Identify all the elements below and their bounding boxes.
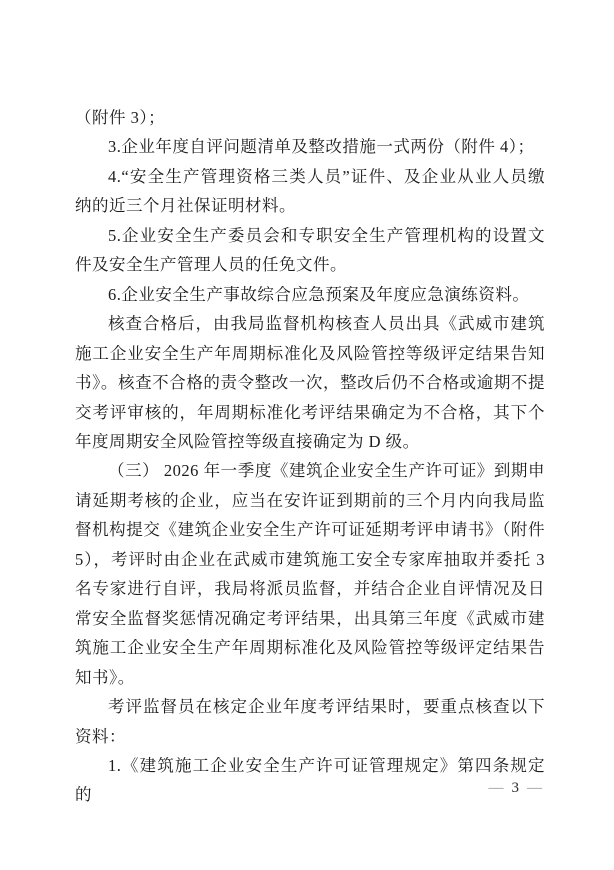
paragraph-supervisor-review: 考评监督员在核定企业年度考评结果时，要重点核查以下资料：: [75, 692, 545, 751]
paragraph-item-5: 5.企业安全生产委员会和专职安全生产管理机构的设置文件及安全生产管理人员的任免文…: [75, 221, 545, 280]
document-body: （附件 3）； 3.企业年度自评问题清单及整改措施一式两份（附件 4）； 4.“…: [75, 103, 545, 810]
paragraph-item-6: 6.企业安全生产事故综合应急预案及年度应急演练资料。: [75, 280, 545, 309]
paragraph-item-4: 4.“安全生产管理资格三类人员”证件、及企业从业人员缴纳的近三个月社保证明材料。: [75, 162, 545, 221]
footer-dash-left: —: [489, 780, 504, 796]
paragraph-section-3: （三） 2026 年一季度《建筑企业安全生产许可证》到期申请延期考核的企业，应当…: [75, 456, 545, 692]
page-number: 3: [512, 780, 520, 796]
paragraph-item-1-next: 1.《建筑施工企业安全生产许可证管理规定》第四条规定的: [75, 751, 545, 810]
document-page: （附件 3）； 3.企业年度自评问题清单及整改措施一式两份（附件 4）； 4.“…: [0, 0, 614, 870]
paragraph-attachment3-continuation: （附件 3）；: [75, 103, 545, 132]
paragraph-item-3: 3.企业年度自评问题清单及整改措施一式两份（附件 4）；: [75, 132, 545, 161]
paragraph-inspection-result: 核查合格后，由我局监督机构核查人员出具《武威市建筑施工企业安全生产年周期标准化及…: [75, 309, 545, 456]
page-footer: —3—: [489, 779, 543, 798]
footer-dash-right: —: [527, 780, 542, 796]
